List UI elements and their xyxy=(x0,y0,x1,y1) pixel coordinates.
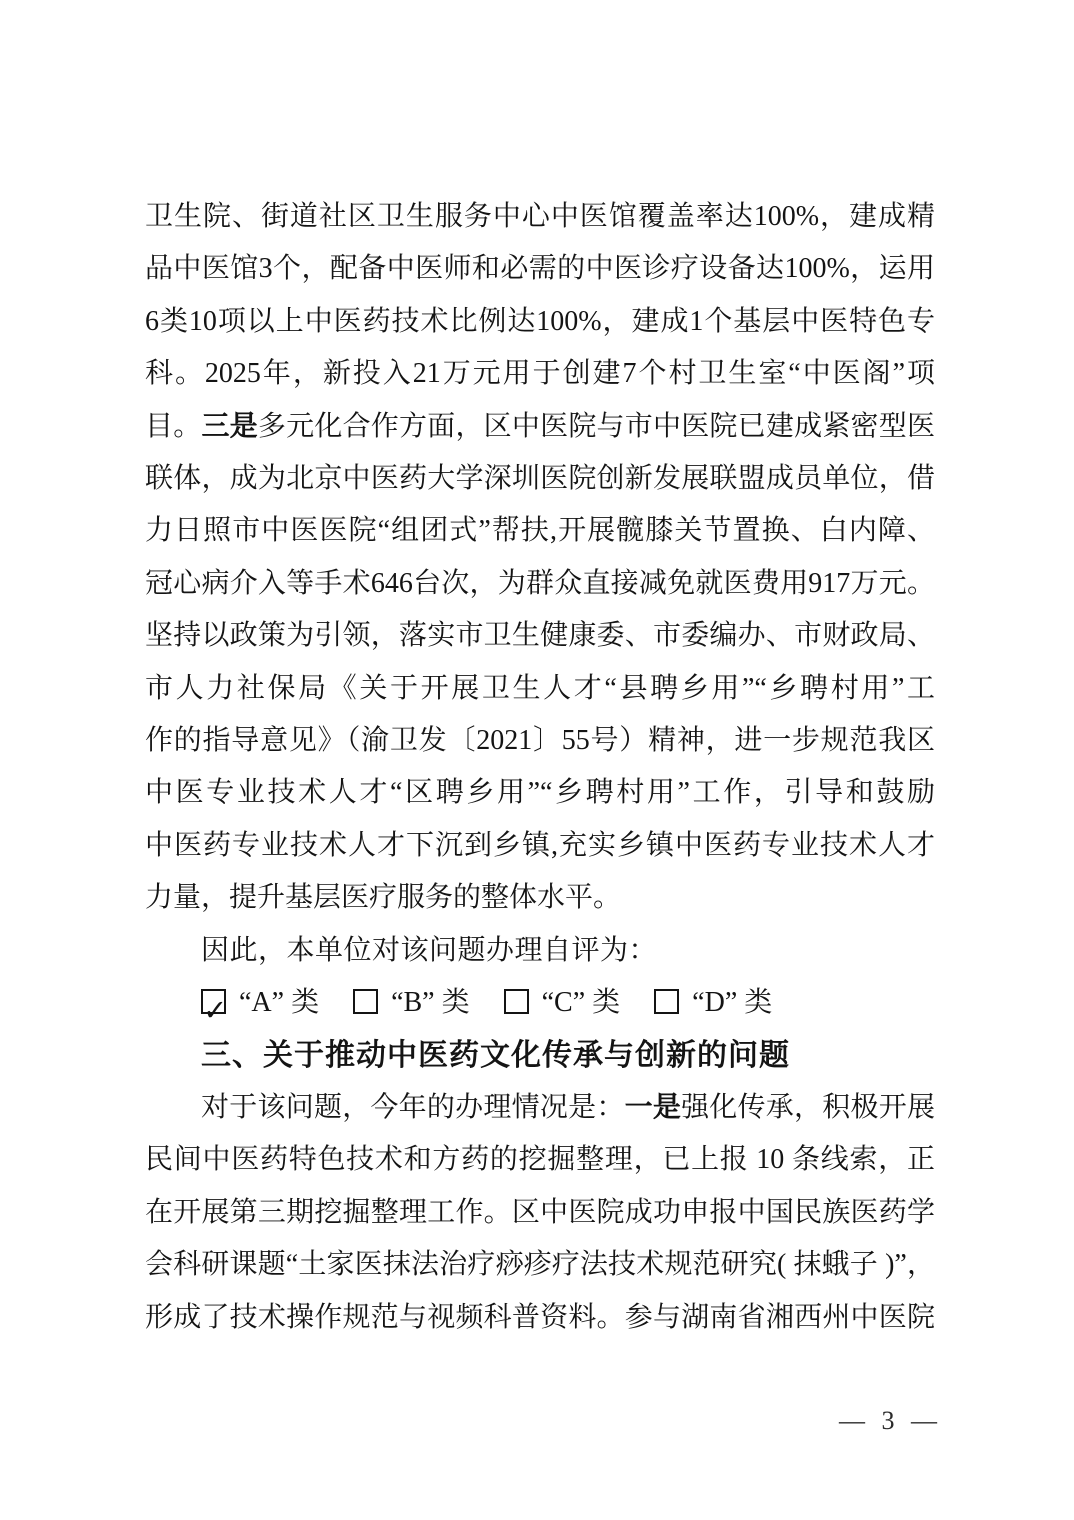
text-segment: 力量，提升基层医疗服务的整体水平。 xyxy=(145,882,621,913)
body-line-22: 形成了技术操作规范与视频科普资料。参与湖南省湘西州中医院 xyxy=(145,1292,935,1344)
checkbox-B xyxy=(353,989,378,1014)
body-line-20: 在开展第三期挖掘整理工作。区中医院成功申报中国民族医药学 xyxy=(145,1187,935,1239)
page-number: — 3 — xyxy=(839,1406,942,1436)
body-line-8: 冠心病介入等手术646台次，为群众直接减免就医费用917万元。 xyxy=(145,558,935,610)
text-segment: 力日照市中医医院“组团式”帮扶,开展髋膝关节置换、白内障、 xyxy=(145,515,935,546)
body-line-3: 6类10项以上中医药技术比例达100%，建成1个基层中医特色专 xyxy=(145,296,935,348)
body-line-21: 会科研课题“土家医抹法治疗痧疹疗法技术规范研究( 抹蛾子 )”， xyxy=(145,1239,935,1291)
text-segment: 形成了技术操作规范与视频科普资料。参与湖南省湘西州中医院 xyxy=(145,1302,935,1333)
text-segment: 多元化合作方面，区中医院与市中医院已建成紧密型医 xyxy=(258,411,935,442)
rating-checkbox-row: ✓“A” 类“B” 类“C” 类“D” 类 xyxy=(145,977,935,1029)
checkbox-D xyxy=(654,989,679,1014)
text-segment: 在开展第三期挖掘整理工作。区中医院成功申报中国民族医药学 xyxy=(145,1197,935,1228)
body-line-2: 品中医馆3个，配备中医师和必需的中医诊疗设备达100%，运用 xyxy=(145,243,935,295)
emphasis-text: 三是 xyxy=(201,411,257,442)
text-segment: 作的指导意见》（渝卫发〔2021〕55号）精神，进一步规范我区 xyxy=(145,725,935,756)
emphasis-text: 一是 xyxy=(625,1092,681,1123)
text-segment: 冠心病介入等手术646台次，为群众直接减免就医费用917万元。 xyxy=(145,568,935,599)
text-segment: 科。2025年，新投入21万元用于创建7个村卫生室“中医阁”项 xyxy=(145,358,935,389)
body-line-14: 力量，提升基层医疗服务的整体水平。 xyxy=(145,872,935,924)
text-segment: 民间中医药特色技术和方药的挖掘整理，已上报 10 条线索，正 xyxy=(145,1144,935,1175)
text-segment: 因此，本单位对该问题办理自评为： xyxy=(201,935,657,966)
text-segment: 市人力社保局《关于开展卫生人才“县聘乡用”“乡聘村用”工 xyxy=(145,673,935,704)
text-segment: 三、关于推动中医药文化传承与创新的问题 xyxy=(201,1039,790,1072)
body-line-19: 民间中医药特色技术和方药的挖掘整理，已上报 10 条线索，正 xyxy=(145,1134,935,1186)
text-segment: 强化传承，积极开展 xyxy=(681,1092,935,1123)
text-segment: 会科研课题“土家医抹法治疗痧疹疗法技术规范研究( 抹蛾子 )”， xyxy=(145,1249,935,1280)
body-line-1: 卫生院、街道社区卫生服务中心中医馆覆盖率达100%，建成精 xyxy=(145,191,935,243)
body-line-7: 力日照市中医医院“组团式”帮扶,开展髋膝关节置换、白内障、 xyxy=(145,505,935,557)
checkbox-A: ✓ xyxy=(201,989,226,1014)
document-page: 卫生院、街道社区卫生服务中心中医馆覆盖率达100%，建成精品中医馆3个，配备中医… xyxy=(0,0,1074,1520)
text-segment: 目。 xyxy=(145,411,201,442)
text-segment: 坚持以政策为引领，落实市卫生健康委、市委编办、市财政局、 xyxy=(145,620,935,651)
body-line-13: 中医药专业技术人才下沉到乡镇,充实乡镇中医药专业技术人才 xyxy=(145,820,935,872)
body-line-6: 联体，成为北京中医药大学深圳医院创新发展联盟成员单位，借 xyxy=(145,453,935,505)
text-segment: 中医专业技术人才“区聘乡用”“乡聘村用”工作，引导和鼓励 xyxy=(145,777,935,808)
body-line-12: 中医专业技术人才“区聘乡用”“乡聘村用”工作，引导和鼓励 xyxy=(145,767,935,819)
body-line-5: 目。三是多元化合作方面，区中医院与市中医院已建成紧密型医 xyxy=(145,401,935,453)
text-segment: 卫生院、街道社区卫生服务中心中医馆覆盖率达100%，建成精 xyxy=(145,201,935,232)
body-line-10: 市人力社保局《关于开展卫生人才“县聘乡用”“乡聘村用”工 xyxy=(145,663,935,715)
self-evaluation-line: 因此，本单位对该问题办理自评为： xyxy=(145,925,935,977)
body-line-9: 坚持以政策为引领，落实市卫生健康委、市委编办、市财政局、 xyxy=(145,610,935,662)
text-segment: “D” 类 xyxy=(692,987,772,1018)
text-segment: 6类10项以上中医药技术比例达100%，建成1个基层中医特色专 xyxy=(145,306,935,337)
check-mark-icon: ✓ xyxy=(203,984,227,1036)
body-line-11: 作的指导意见》（渝卫发〔2021〕55号）精神，进一步规范我区 xyxy=(145,715,935,767)
text-segment: 对于该问题，今年的办理情况是： xyxy=(201,1092,625,1123)
text-segment: 联体，成为北京中医药大学深圳医院创新发展联盟成员单位，借 xyxy=(145,463,935,494)
text-segment: “B” 类 xyxy=(391,987,470,1018)
body-line-4: 科。2025年，新投入21万元用于创建7个村卫生室“中医阁”项 xyxy=(145,348,935,400)
text-segment: 中医药专业技术人才下沉到乡镇,充实乡镇中医药专业技术人才 xyxy=(145,830,935,861)
text-segment: “A” 类 xyxy=(239,987,319,1018)
checkbox-C xyxy=(504,989,529,1014)
body-line-18: 对于该问题，今年的办理情况是：一是强化传承，积极开展 xyxy=(145,1082,935,1134)
text-segment: 品中医馆3个，配备中医师和必需的中医诊疗设备达100%，运用 xyxy=(145,253,935,284)
section-heading: 三、关于推动中医药文化传承与创新的问题 xyxy=(145,1030,935,1082)
document-body: 卫生院、街道社区卫生服务中心中医馆覆盖率达100%，建成精品中医馆3个，配备中医… xyxy=(145,191,935,1344)
text-segment: “C” 类 xyxy=(542,987,621,1018)
